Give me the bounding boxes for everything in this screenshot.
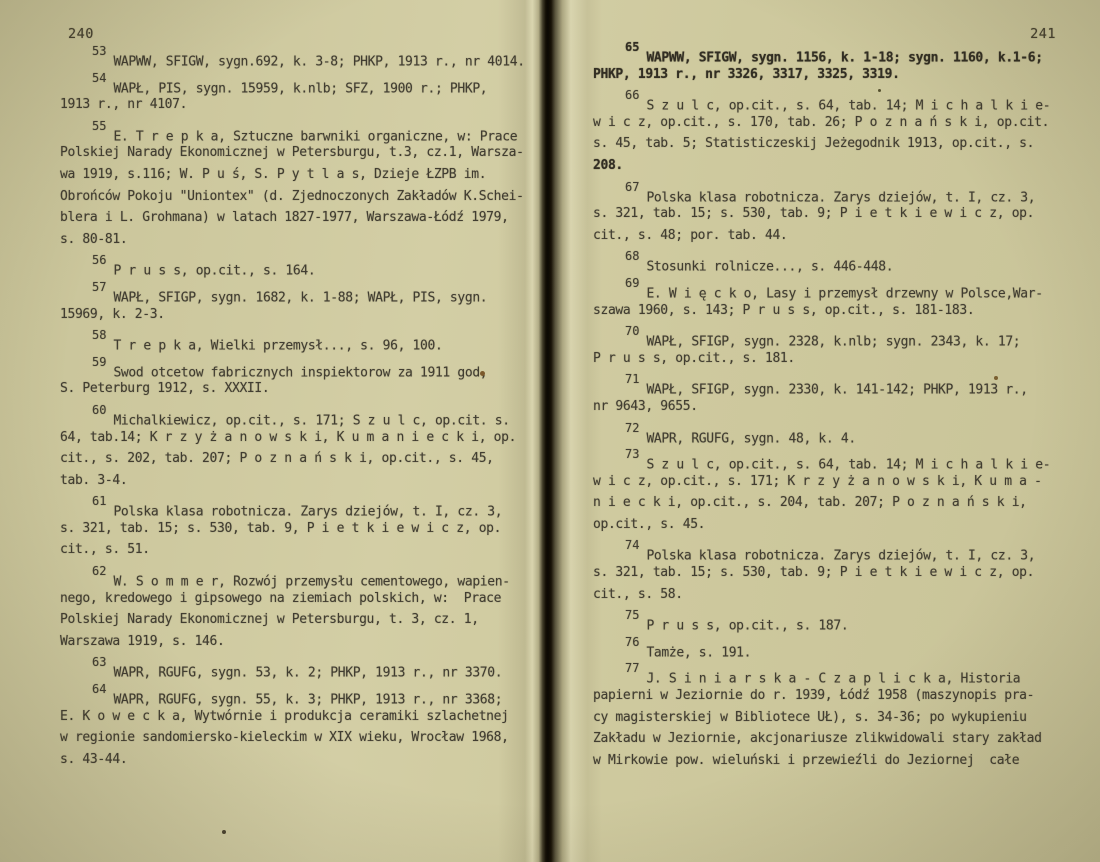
footnote-line: 61Polska klasa robotnicza. Zarys dziejów…: [60, 496, 546, 518]
footnote-number: 61: [92, 491, 106, 513]
footnote-56: 56P r u s s, op.cit., s. 164.: [60, 255, 546, 277]
footnote-number: 59: [92, 352, 106, 374]
page-240: 240 53WAPWW, SFIGW, sygn.692, k. 3-8; PH…: [0, 0, 538, 862]
footnote-line: Obrońców Pokoju "Uniontex" (d. Zjednoczo…: [60, 186, 546, 208]
footnote-75: 75P r u s s, op.cit., s. 187.: [593, 610, 1079, 632]
footnote-57: 57WAPŁ, SFIGP, sygn. 1682, k. 1-88; WAPŁ…: [60, 282, 546, 325]
footnote-line: PHKP, 1913 r., nr 3326, 3317, 3325, 3319…: [593, 64, 1079, 86]
footnote-line: E. K o w e c k a, Wytwórnie i produkcja …: [60, 706, 546, 728]
footnote-number: 69: [625, 273, 639, 295]
footnote-number: 53: [92, 41, 106, 63]
footnote-line: cy magisterskiej w Bibliotece UŁ), s. 34…: [593, 707, 1079, 729]
footnote-number: 75: [625, 605, 639, 627]
footnote-line: w i c z, op.cit., s. 171; K r z y ż a n …: [593, 471, 1079, 493]
footnote-line: szawa 1960, s. 143; P r u s s, op.cit., …: [593, 300, 1079, 322]
footnote-line: 76Tamże, s. 191.: [593, 637, 1079, 659]
footnote-number: 72: [625, 418, 639, 440]
footnote-line: w regionie sandomiersko-kieleckim w XIX …: [60, 727, 546, 749]
footnote-number: 67: [625, 177, 639, 199]
footnote-line: n i e c k i, op.cit., s. 204, tab. 207; …: [593, 492, 1079, 514]
book-scan: 240 53WAPWW, SFIGW, sygn.692, k. 3-8; PH…: [0, 0, 1100, 862]
footnote-line: s. 43-44.: [60, 749, 546, 771]
footnote-line: 58T r e p k a, Wielki przemysł..., s. 96…: [60, 330, 546, 352]
footnote-line: 208.: [593, 155, 1079, 177]
footnote-63: 63WAPR, RGUFG, sygn. 53, k. 2; PHKP, 191…: [60, 657, 546, 679]
footnote-line: 68Stosunki rolnicze..., s. 446-448.: [593, 251, 1079, 273]
footnote-line: w i c z, op.cit., s. 170, tab. 26; P o z…: [593, 112, 1079, 134]
footnote-68: 68Stosunki rolnicze..., s. 446-448.: [593, 251, 1079, 273]
footnote-line: Zakładu w Jeziornie, akcjonariusze zlikw…: [593, 728, 1079, 750]
footnote-line: cit., s. 51.: [60, 539, 546, 561]
footnote-number: 58: [92, 325, 106, 347]
footnote-line: P r u s s, op.cit., s. 181.: [593, 348, 1079, 370]
footnote-70: 70WAPŁ, SFIGP, sygn. 2328, k.nlb; sygn. …: [593, 326, 1079, 369]
footnote-number: 77: [625, 658, 639, 680]
footnote-line: cit., s. 48; por. tab. 44.: [593, 225, 1079, 247]
footnote-line: 60Michalkiewicz, op.cit., s. 171; S z u …: [60, 405, 546, 427]
footnote-line: s. 321, tab. 15; s. 530, tab. 9; P i e t…: [593, 562, 1079, 584]
footnote-number: 73: [625, 444, 639, 466]
footnote-line: blera i L. Grohmana) w latach 1827-1977,…: [60, 207, 546, 229]
footnote-line: nr 9643, 9655.: [593, 396, 1079, 418]
footnote-line: 62W. S o m m e r, Rozwój przemysłu cemen…: [60, 566, 546, 588]
footnote-66: 66S z u l c, op.cit., s. 64, tab. 14; M …: [593, 90, 1079, 176]
footnote-text: P r u s s, op.cit., s. 164.: [113, 264, 315, 279]
footnote-line: 64, tab.14; K r z y ż a n o w s k i, K u…: [60, 427, 546, 449]
footnote-text: Stosunki rolnicze..., s. 446-448.: [646, 260, 893, 275]
footnotes-left: 53WAPWW, SFIGW, sygn.692, k. 3-8; PHKP, …: [60, 46, 546, 775]
footnote-number: 57: [92, 277, 106, 299]
footnote-number: 54: [92, 68, 106, 90]
footnote-69: 69E. W i ę c k o, Lasy i przemysł drzewn…: [593, 278, 1079, 321]
footnote-77: 77J. S i n i a r s k a - C z a p l i c k…: [593, 663, 1079, 771]
footnote-text: WAPR, RGUFG, sygn. 48, k. 4.: [646, 431, 855, 446]
footnote-line: 77J. S i n i a r s k a - C z a p l i c k…: [593, 663, 1079, 685]
footnote-line: s. 321, tab. 15; s. 530, tab. 9; P i e t…: [593, 203, 1079, 225]
footnote-line: 57WAPŁ, SFIGP, sygn. 1682, k. 1-88; WAPŁ…: [60, 282, 546, 304]
footnote-line: op.cit., s. 45.: [593, 514, 1079, 536]
footnote-line: s. 321, tab. 15; s. 530, tab. 9, P i e t…: [60, 518, 546, 540]
footnote-number: 76: [625, 632, 639, 654]
footnote-line: 67Polska klasa robotnicza. Zarys dziejów…: [593, 182, 1079, 204]
footnote-number: 71: [625, 369, 639, 391]
footnote-line: s. 45, tab. 5; Statisticzeskij Jeżegodni…: [593, 133, 1079, 155]
footnote-54: 54WAPŁ, PIS, sygn. 15959, k.nlb; SFZ, 19…: [60, 73, 546, 116]
footnote-55: 55E. T r e p k a, Sztuczne barwniki orga…: [60, 121, 546, 251]
footnote-60: 60Michalkiewicz, op.cit., s. 171; S z u …: [60, 405, 546, 491]
footnote-line: cit., s. 202, tab. 207; P o z n a ń s k …: [60, 448, 546, 470]
footnote-53: 53WAPWW, SFIGW, sygn.692, k. 3-8; PHKP, …: [60, 46, 546, 68]
footnote-number: 63: [92, 652, 106, 674]
footnote-number: 56: [92, 250, 106, 272]
footnote-65: 65WAPWW, SFIGW, sygn. 1156, k. 1-18; syg…: [593, 42, 1079, 85]
footnote-line: 56P r u s s, op.cit., s. 164.: [60, 255, 546, 277]
footnote-line: 1913 r., nr 4107.: [60, 94, 546, 116]
footnote-76: 76Tamże, s. 191.: [593, 637, 1079, 659]
footnote-number: 66: [625, 85, 639, 107]
page-241: 241 65WAPWW, SFIGW, sygn. 1156, k. 1-18;…: [562, 0, 1100, 862]
footnote-line: 53WAPWW, SFIGW, sygn.692, k. 3-8; PHKP, …: [60, 46, 546, 68]
page-number-right: 241: [1030, 26, 1056, 42]
footnote-74: 74Polska klasa robotnicza. Zarys dziejów…: [593, 540, 1079, 605]
footnote-64: 64WAPR, RGUFG, sygn. 55, k. 3; PHKP, 191…: [60, 684, 546, 770]
footnote-line: 64WAPR, RGUFG, sygn. 55, k. 3; PHKP, 191…: [60, 684, 546, 706]
footnote-number: 55: [92, 116, 106, 138]
footnote-line: 70WAPŁ, SFIGP, sygn. 2328, k.nlb; sygn. …: [593, 326, 1079, 348]
footnote-number: 68: [625, 246, 639, 268]
footnote-line: nego, kredowego i gipsowego na ziemiach …: [60, 588, 546, 610]
footnote-text: P r u s s, op.cit., s. 187.: [646, 619, 848, 634]
footnote-line: Polskiej Narady Ekonomicznej w Petersbur…: [60, 142, 546, 164]
footnote-line: 71WAPŁ, SFIGP, sygn. 2330, k. 141-142; P…: [593, 374, 1079, 396]
footnote-text: WAPŁ, SFIGP, sygn. 1682, k. 1-88; WAPŁ, …: [113, 290, 487, 305]
footnote-number: 62: [92, 561, 106, 583]
footnote-line: 66S z u l c, op.cit., s. 64, tab. 14; M …: [593, 90, 1079, 112]
footnote-text: T r e p k a, Wielki przemysł..., s. 96, …: [113, 338, 442, 353]
footnote-72: 72WAPR, RGUFG, sygn. 48, k. 4.: [593, 423, 1079, 445]
footnote-line: 74Polska klasa robotnicza. Zarys dziejów…: [593, 540, 1079, 562]
footnote-number: 70: [625, 321, 639, 343]
footnote-line: 72WAPR, RGUFG, sygn. 48, k. 4.: [593, 423, 1079, 445]
page-number-left: 240: [68, 26, 94, 42]
footnote-text: WAPR, RGUFG, sygn. 53, k. 2; PHKP, 1913 …: [113, 666, 502, 681]
footnote-73: 73S z u l c, op.cit., s. 64, tab. 14; M …: [593, 449, 1079, 535]
footnote-59: 59Swod otcetow fabricznych inspiektorow …: [60, 357, 546, 400]
footnote-line: 75P r u s s, op.cit., s. 187.: [593, 610, 1079, 632]
footnote-58: 58T r e p k a, Wielki przemysł..., s. 96…: [60, 330, 546, 352]
footnote-line: 69E. W i ę c k o, Lasy i przemysł drzewn…: [593, 278, 1079, 300]
footnote-line: papierni w Jeziornie do r. 1939, Łódź 19…: [593, 685, 1079, 707]
footnote-line: 15969, k. 2-3.: [60, 304, 546, 326]
footnote-text: WAPWW, SFIGW, sygn.692, k. 3-8; PHKP, 19…: [113, 54, 524, 69]
footnote-number: 65: [625, 37, 639, 59]
footnote-line: Warszawa 1919, s. 146.: [60, 631, 546, 653]
footnote-line: S. Peterburg 1912, s. XXXII.: [60, 378, 546, 400]
footnote-line: s. 80-81.: [60, 229, 546, 251]
footnote-line: 65WAPWW, SFIGW, sygn. 1156, k. 1-18; syg…: [593, 42, 1079, 64]
footnote-62: 62W. S o m m e r, Rozwój przemysłu cemen…: [60, 566, 546, 652]
footnote-text: Michalkiewicz, op.cit., s. 171; S z u l …: [113, 413, 509, 428]
footnote-number: 60: [92, 400, 106, 422]
footnote-text: WAPŁ, SFIGP, sygn. 2330, k. 141-142; PHK…: [646, 383, 1027, 398]
footnote-61: 61Polska klasa robotnicza. Zarys dziejów…: [60, 496, 546, 561]
footnote-line: wa 1919, s.116; W. P u ś, S. P y t l a s…: [60, 164, 546, 186]
footnote-71: 71WAPŁ, SFIGP, sygn. 2330, k. 141-142; P…: [593, 374, 1079, 417]
footnote-line: 54WAPŁ, PIS, sygn. 15959, k.nlb; SFZ, 19…: [60, 73, 546, 95]
footnote-line: cit., s. 58.: [593, 584, 1079, 606]
footnote-line: Polskiej Narady Ekonomicznej w Petersbur…: [60, 609, 546, 631]
footnote-line: w Mirkowie pow. wieluński i przewieźli d…: [593, 750, 1079, 772]
footnote-line: 73S z u l c, op.cit., s. 64, tab. 14; M …: [593, 449, 1079, 471]
footnote-line: 59Swod otcetow fabricznych inspiektorow …: [60, 357, 546, 379]
footnote-line: 63WAPR, RGUFG, sygn. 53, k. 2; PHKP, 191…: [60, 657, 546, 679]
footnote-number: 64: [92, 679, 106, 701]
footnote-line: tab. 3-4.: [60, 470, 546, 492]
footnote-number: 74: [625, 535, 639, 557]
footnote-text: Tamże, s. 191.: [646, 645, 751, 660]
footnotes-right: 65WAPWW, SFIGW, sygn. 1156, k. 1-18; syg…: [593, 42, 1079, 776]
footnote-line: 55E. T r e p k a, Sztuczne barwniki orga…: [60, 121, 546, 143]
footnote-67: 67Polska klasa robotnicza. Zarys dziejów…: [593, 182, 1079, 247]
